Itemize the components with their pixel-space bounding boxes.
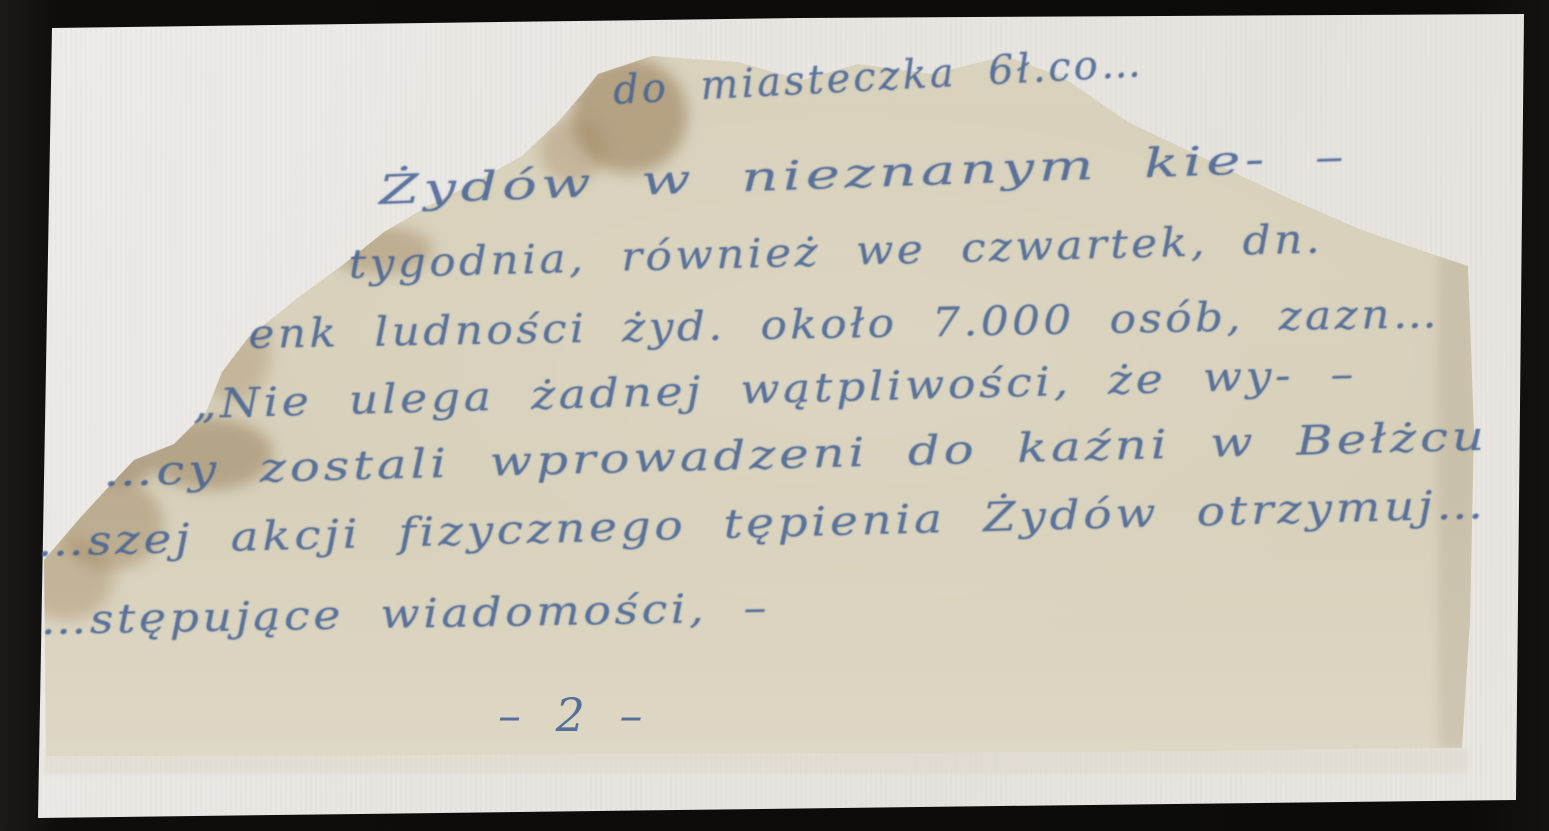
handwriting: do miasteczka 6ł.co… Żydów w nieznanym k… [0, 0, 1549, 831]
page-number: – 2 – [498, 688, 653, 742]
handwriting-line: tygodnia, również we czwartek, dn. [348, 216, 1324, 287]
handwriting-line: …cy zostali wprowadzeni do kaźni w Bełżc… [102, 414, 1488, 496]
handwriting-line: …stępujące wiadomości, – [40, 585, 770, 644]
handwriting-line: do miasteczka 6ł.co… [612, 40, 1145, 114]
handwriting-line: enk ludności żyd. około 7.000 osób, zazn… [248, 291, 1440, 358]
handwriting-line: „Nie ulega żadnej wątpliwości, że wy- – [192, 352, 1357, 428]
handwriting-line: Żydów w nieznanym kie- – [378, 134, 1349, 214]
scanned-document-photo: do miasteczka 6ł.co… Żydów w nieznanym k… [0, 0, 1549, 831]
handwriting-line: …szej akcji fizycznego tępienia Żydów ot… [36, 482, 1487, 566]
